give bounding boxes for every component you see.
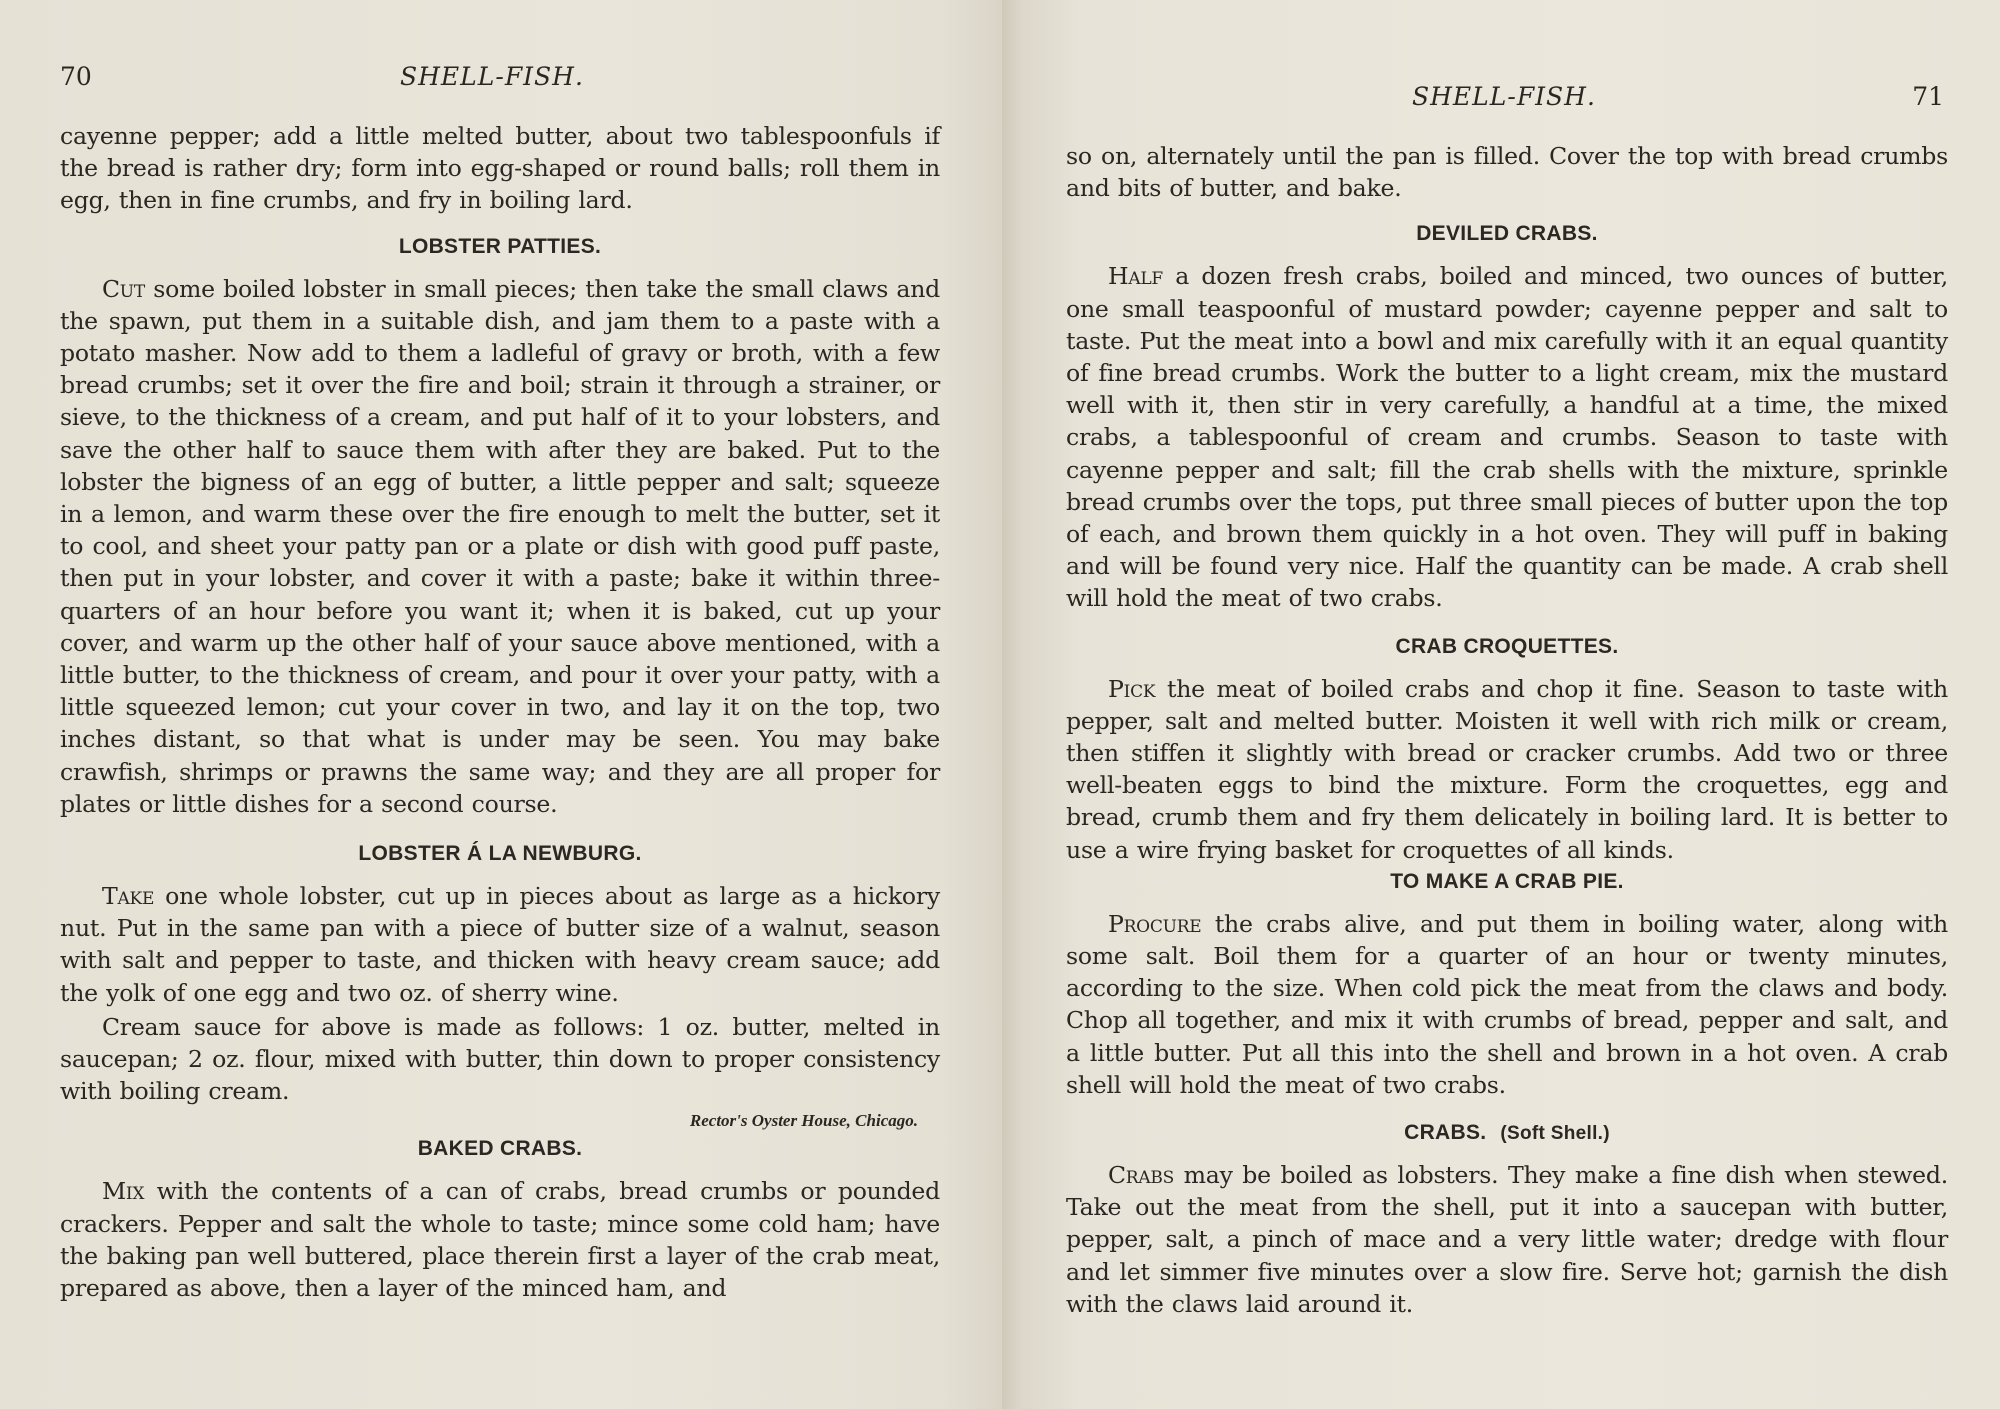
recipe-body: may be boiled as lobsters. They make a f… <box>1066 1161 1948 1318</box>
recipe-body: one whole lobster, cut up in pieces abou… <box>60 882 940 1007</box>
heading-soft-shell-crabs: CRABS.(Soft Shell.) <box>1066 1121 1948 1145</box>
heading-lobster-newburg: LOBSTER Á LA NEWBURG. <box>60 842 940 866</box>
running-head-right: SHELL-FISH. 71 <box>1066 82 1948 122</box>
lead-word: Crabs <box>1108 1161 1174 1189</box>
recipe-baked-crabs: Mix with the contents of a can of crabs,… <box>60 1175 940 1304</box>
lead-word: Take <box>102 882 154 910</box>
lead-word: Mix <box>102 1177 144 1205</box>
recipe-lobster-newburg: Take one whole lobster, cut up in pieces… <box>60 880 940 1009</box>
heading-lobster-patties: LOBSTER PATTIES. <box>60 235 940 259</box>
cream-sauce-paragraph: Cream sauce for above is made as follows… <box>60 1011 940 1108</box>
running-head-left: 70 SHELL-FISH. <box>60 62 940 102</box>
right-page: SHELL-FISH. 71 so on, alternately until … <box>1002 0 2000 1409</box>
heading-crab-croquettes: CRAB CROQUETTES. <box>1066 635 1948 659</box>
heading-baked-crabs: BAKED CRABS. <box>60 1137 940 1161</box>
recipe-body: the meat of boiled crabs and chop it fin… <box>1066 675 1948 864</box>
recipe-body: a dozen fresh crabs, boiled and minced, … <box>1066 262 1948 612</box>
recipe-crab-croquettes: Pick the meat of boiled crabs and chop i… <box>1066 673 1948 866</box>
lead-word: Cut <box>102 275 145 303</box>
lead-word: Half <box>1108 262 1163 290</box>
heading-crab-pie: TO MAKE A CRAB PIE. <box>1066 870 1948 894</box>
page-number-left: 70 <box>60 62 92 91</box>
left-page: 70 SHELL-FISH. cayenne pepper; add a lit… <box>0 0 1002 1409</box>
recipe-soft-shell-crabs: Crabs may be boiled as lobsters. They ma… <box>1066 1159 1948 1320</box>
lead-word: Procure <box>1108 910 1201 938</box>
heading-main: CRABS. <box>1404 1121 1486 1144</box>
recipe-lobster-patties: Cut some boiled lobster in small pieces;… <box>60 273 940 820</box>
book-spread: 70 SHELL-FISH. cayenne pepper; add a lit… <box>0 0 2000 1409</box>
continuation-paragraph-left: cayenne pepper; add a little melted butt… <box>60 120 940 217</box>
attribution: Rector's Oyster House, Chicago. <box>60 1111 940 1131</box>
continuation-paragraph-right: so on, alternately until the pan is fill… <box>1066 140 1948 204</box>
running-head-title-right: SHELL-FISH. <box>1412 82 1596 111</box>
lead-word: Pick <box>1108 675 1155 703</box>
heading-deviled-crabs: DEVILED CRABS. <box>1066 222 1948 246</box>
running-head-title-left: SHELL-FISH. <box>400 62 584 91</box>
recipe-body: with the contents of a can of crabs, bre… <box>60 1177 940 1302</box>
heading-subtitle: (Soft Shell.) <box>1500 1123 1609 1144</box>
page-number-right: 71 <box>1912 82 1944 111</box>
recipe-crab-pie: Procure the crabs alive, and put them in… <box>1066 908 1948 1101</box>
recipe-body: some boiled lobster in small pieces; the… <box>60 275 940 818</box>
recipe-deviled-crabs: Half a dozen fresh crabs, boiled and min… <box>1066 260 1948 614</box>
recipe-body: the crabs alive, and put them in boiling… <box>1066 910 1948 1099</box>
